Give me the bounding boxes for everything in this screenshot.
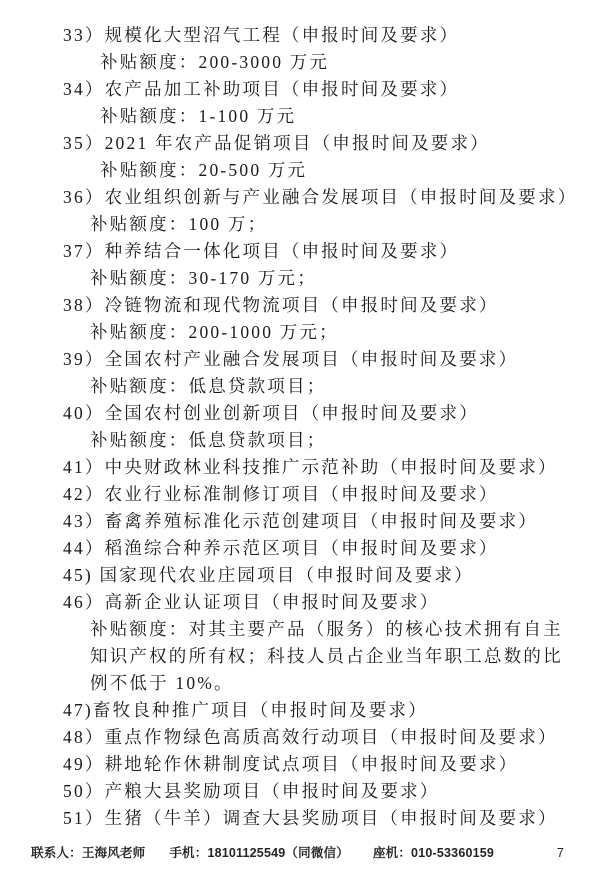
document-line: 补贴额度：200-3000 万元	[0, 49, 600, 76]
document-line: 知识产权的所有权；科技人员占企业当年职工总数的比	[0, 643, 600, 670]
footer-landline: 座机：010-53360159	[373, 843, 494, 861]
footer-contact: 联系人：王海风老师	[31, 843, 145, 861]
document-line: 34）农产品加工补助项目（申报时间及要求）	[0, 76, 600, 103]
document-line: 补贴额度：对其主要产品（服务）的核心技术拥有自主	[0, 616, 600, 643]
footer-mobile-label: 手机：	[169, 846, 207, 860]
footer-mobile-number: 18101125549	[207, 846, 285, 860]
document-line: 补贴额度：低息贷款项目；	[0, 427, 600, 454]
document-line: 51）生猪（牛羊）调查大县奖励项目（申报时间及要求）	[0, 805, 600, 832]
footer-landline-number: 010-53360159	[411, 846, 494, 860]
page-footer: 联系人：王海风老师 手机：18101125549（同微信） 座机：010-533…	[0, 843, 600, 861]
document-line: 36）农业组织创新与产业融合发展项目（申报时间及要求）	[0, 184, 600, 211]
footer-contact-name: 王海风老师	[82, 846, 146, 860]
document-line: 补贴额度：100 万；	[0, 211, 600, 238]
footer-mobile: 手机：18101125549（同微信）	[169, 843, 349, 861]
document-line: 39）全国农村产业融合发展项目（申报时间及要求）	[0, 346, 600, 373]
document-line: 37）种养结合一体化项目（申报时间及要求）	[0, 238, 600, 265]
document-line: 例不低于 10%。	[0, 670, 600, 697]
document-line: 45) 国家现代农业庄园项目（申报时间及要求）	[0, 562, 600, 589]
document-line: 47)畜牧良种推广项目（申报时间及要求）	[0, 697, 600, 724]
document-line: 49）耕地轮作休耕制度试点项目（申报时间及要求）	[0, 751, 600, 778]
document-line: 44）稻渔综合种养示范区项目（申报时间及要求）	[0, 535, 600, 562]
document-line: 43）畜禽养殖标准化示范创建项目（申报时间及要求）	[0, 508, 600, 535]
document-line: 50）产粮大县奖励项目（申报时间及要求）	[0, 778, 600, 805]
document-line: 35）2021 年农产品促销项目（申报时间及要求）	[0, 130, 600, 157]
footer-mobile-note: （同微信）	[285, 846, 349, 860]
document-line: 补贴额度：200-1000 万元；	[0, 319, 600, 346]
document-line: 补贴额度：1-100 万元	[0, 103, 600, 130]
document-line: 41）中央财政林业科技推广示范补助（申报时间及要求）	[0, 454, 600, 481]
footer-landline-label: 座机：	[373, 846, 411, 860]
document-line: 补贴额度：20-500 万元	[0, 157, 600, 184]
document-line: 48）重点作物绿色高质高效行动项目（申报时间及要求）	[0, 724, 600, 751]
page-number: 7	[557, 846, 564, 860]
document-line: 33）规模化大型沼气工程（申报时间及要求）	[0, 22, 600, 49]
document-page: 33）规模化大型沼气工程（申报时间及要求）补贴额度：200-3000 万元34）…	[0, 0, 600, 874]
footer-contact-label: 联系人：	[31, 846, 82, 860]
document-line: 46）高新企业认证项目（申报时间及要求）	[0, 589, 600, 616]
document-line: 42）农业行业标准制修订项目（申报时间及要求）	[0, 481, 600, 508]
document-line: 补贴额度：低息贷款项目；	[0, 373, 600, 400]
document-body: 33）规模化大型沼气工程（申报时间及要求）补贴额度：200-3000 万元34）…	[0, 22, 600, 832]
document-line: 38）冷链物流和现代物流项目（申报时间及要求）	[0, 292, 600, 319]
document-line: 补贴额度：30-170 万元；	[0, 265, 600, 292]
document-line: 40）全国农村创业创新项目（申报时间及要求）	[0, 400, 600, 427]
